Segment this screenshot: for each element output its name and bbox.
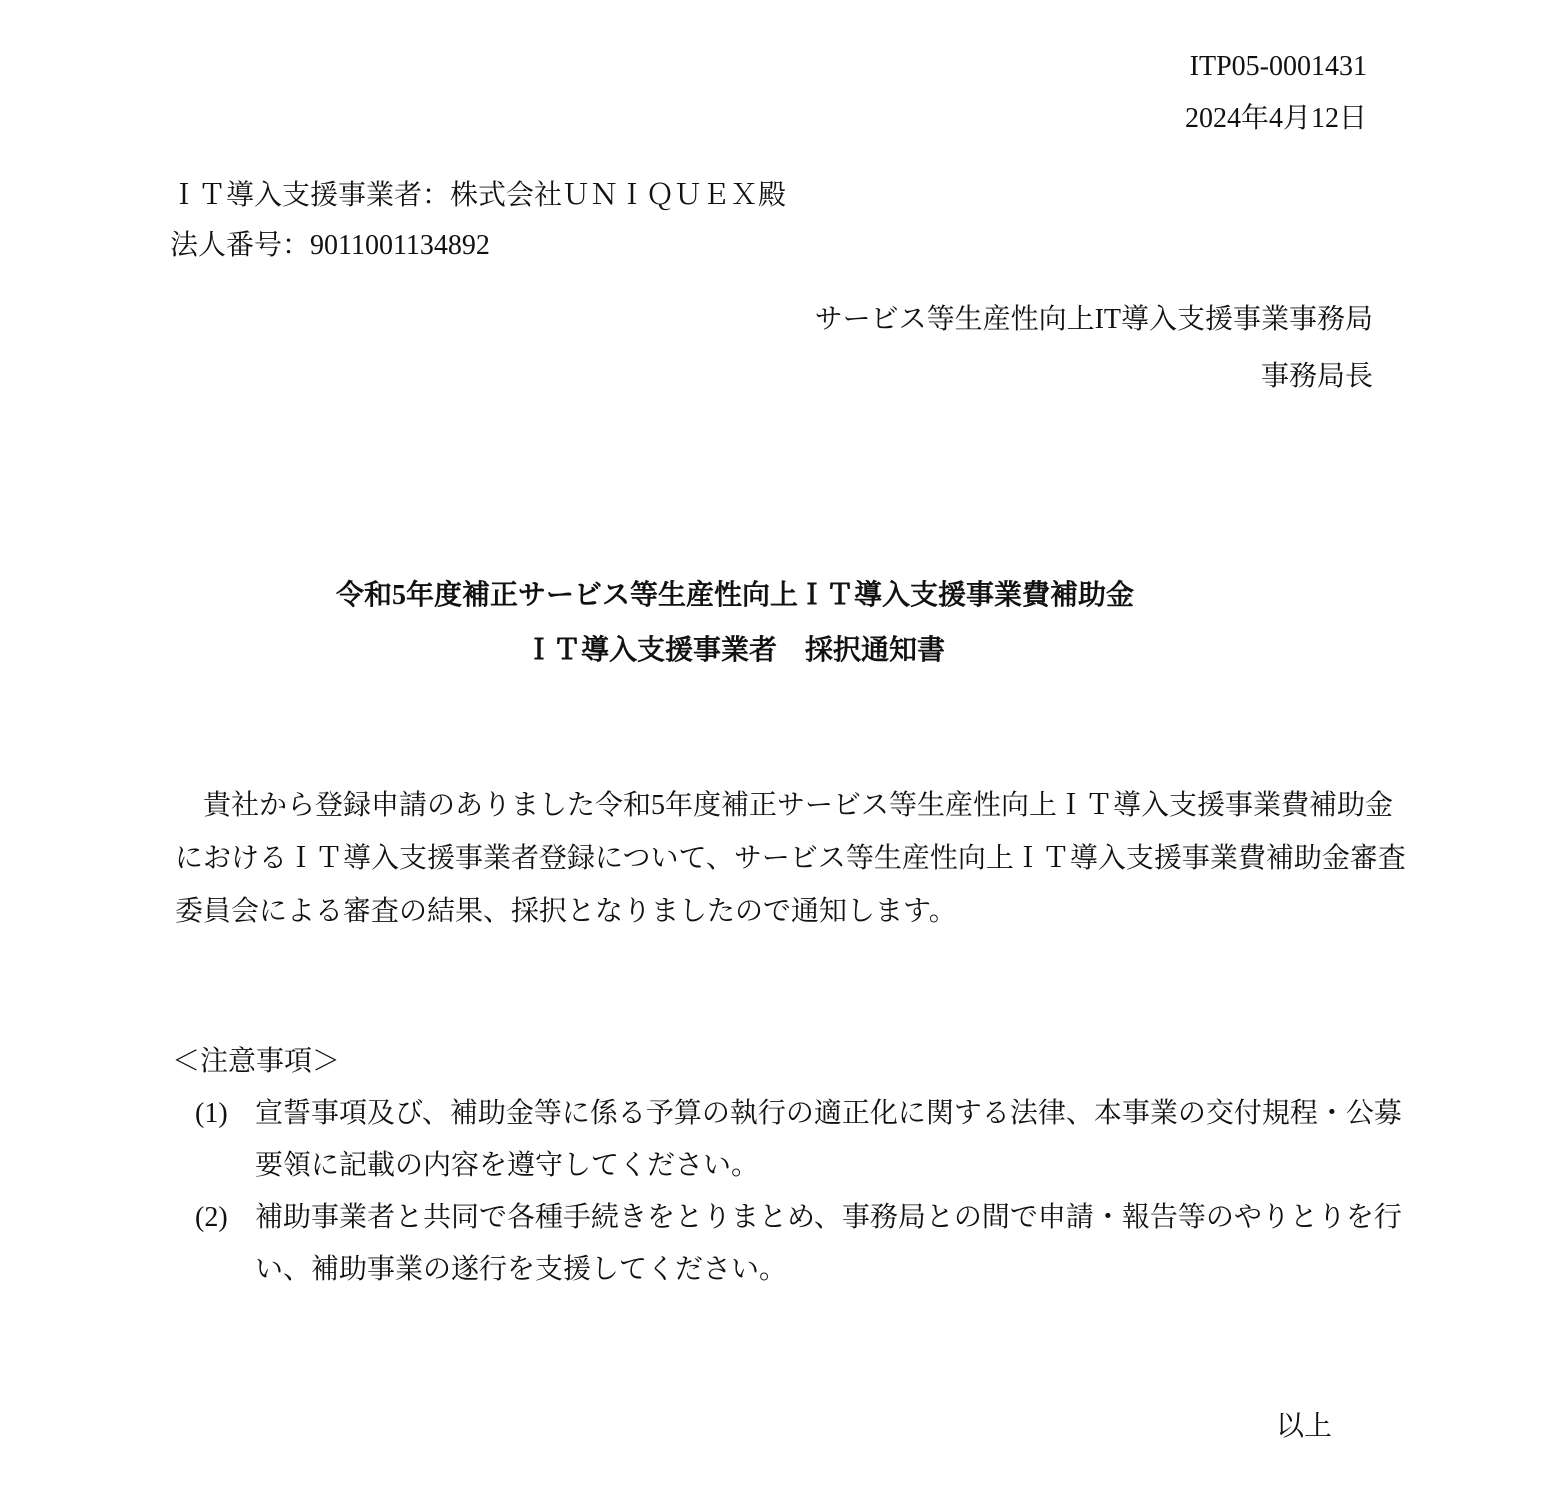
note-line: 補助事業者と共同で各種手続きをとりまとめ、事務局との間で申請・報告等のやりとりを… bbox=[255, 1192, 1402, 1244]
closing-block: 以上 bbox=[1276, 1401, 1332, 1453]
addressee-block: ＩＴ導入支援事業者：株式会社ＵＮＩＱＵＥＸ殿 法人番号：901100113489… bbox=[170, 171, 786, 271]
sender-organization: サービス等生産性向上IT導入支援事業事務局 bbox=[815, 291, 1373, 348]
document-meta: ITP05-0001431 2024年4月12日 bbox=[1185, 41, 1367, 145]
note-line: 宣誓事項及び、補助金等に係る予算の執行の適正化に関する法律、本事業の交付規程・公… bbox=[255, 1088, 1402, 1140]
body-line: 委員会による審査の結果、採択となりましたので通知します。 bbox=[175, 885, 1387, 938]
note-item: (1) 宣誓事項及び、補助金等に係る予算の執行の適正化に関する法律、本事業の交付… bbox=[172, 1088, 1387, 1192]
addressee-recipient: ＩＴ導入支援事業者：株式会社ＵＮＩＱＵＥＸ殿 bbox=[170, 171, 786, 221]
note-line: 要領に記載の内容を遵守してください。 bbox=[255, 1140, 1402, 1192]
body-paragraph: 貴社から登録申請のありました令和5年度補正サービス等生産性向上ＩＴ導入支援事業費… bbox=[175, 779, 1387, 938]
sender-title: 事務局長 bbox=[815, 348, 1373, 405]
notes-heading: ＜注意事項＞ bbox=[172, 1036, 1387, 1088]
document-number: ITP05-0001431 bbox=[1185, 41, 1367, 93]
document-page: ITP05-0001431 2024年4月12日 ＩＴ導入支援事業者：株式会社Ｕ… bbox=[0, 0, 1556, 1496]
note-item: (2) 補助事業者と共同で各種手続きをとりまとめ、事務局との間で申請・報告等のや… bbox=[172, 1192, 1387, 1296]
notes-section: ＜注意事項＞ (1) 宣誓事項及び、補助金等に係る予算の執行の適正化に関する法律… bbox=[172, 1036, 1387, 1296]
note-text: 宣誓事項及び、補助金等に係る予算の執行の適正化に関する法律、本事業の交付規程・公… bbox=[255, 1088, 1402, 1192]
note-number: (2) bbox=[195, 1192, 255, 1296]
document-date: 2024年4月12日 bbox=[1185, 93, 1367, 145]
closing-text: 以上 bbox=[1276, 1401, 1332, 1453]
note-text: 補助事業者と共同で各種手続きをとりまとめ、事務局との間で申請・報告等のやりとりを… bbox=[255, 1192, 1402, 1296]
document-title-line1: 令和5年度補正サービス等生産性向上ＩＴ導入支援事業費補助金 bbox=[172, 568, 1298, 623]
addressee-corporate-number: 法人番号：9011001134892 bbox=[170, 221, 786, 271]
body-line: 貴社から登録申請のありました令和5年度補正サービス等生産性向上ＩＴ導入支援事業費… bbox=[175, 779, 1387, 832]
document-title: 令和5年度補正サービス等生産性向上ＩＴ導入支援事業費補助金 ＩＴ導入支援事業者 … bbox=[172, 568, 1384, 678]
note-line: い、補助事業の遂行を支援してください。 bbox=[255, 1244, 1402, 1296]
sender-block: サービス等生産性向上IT導入支援事業事務局 事務局長 bbox=[815, 291, 1373, 405]
document-title-line2: ＩＴ導入支援事業者 採択通知書 bbox=[172, 623, 1298, 678]
note-number: (1) bbox=[195, 1088, 255, 1192]
body-line: におけるＩＴ導入支援事業者登録について、サービス等生産性向上ＩＴ導入支援事業費補… bbox=[175, 832, 1387, 885]
